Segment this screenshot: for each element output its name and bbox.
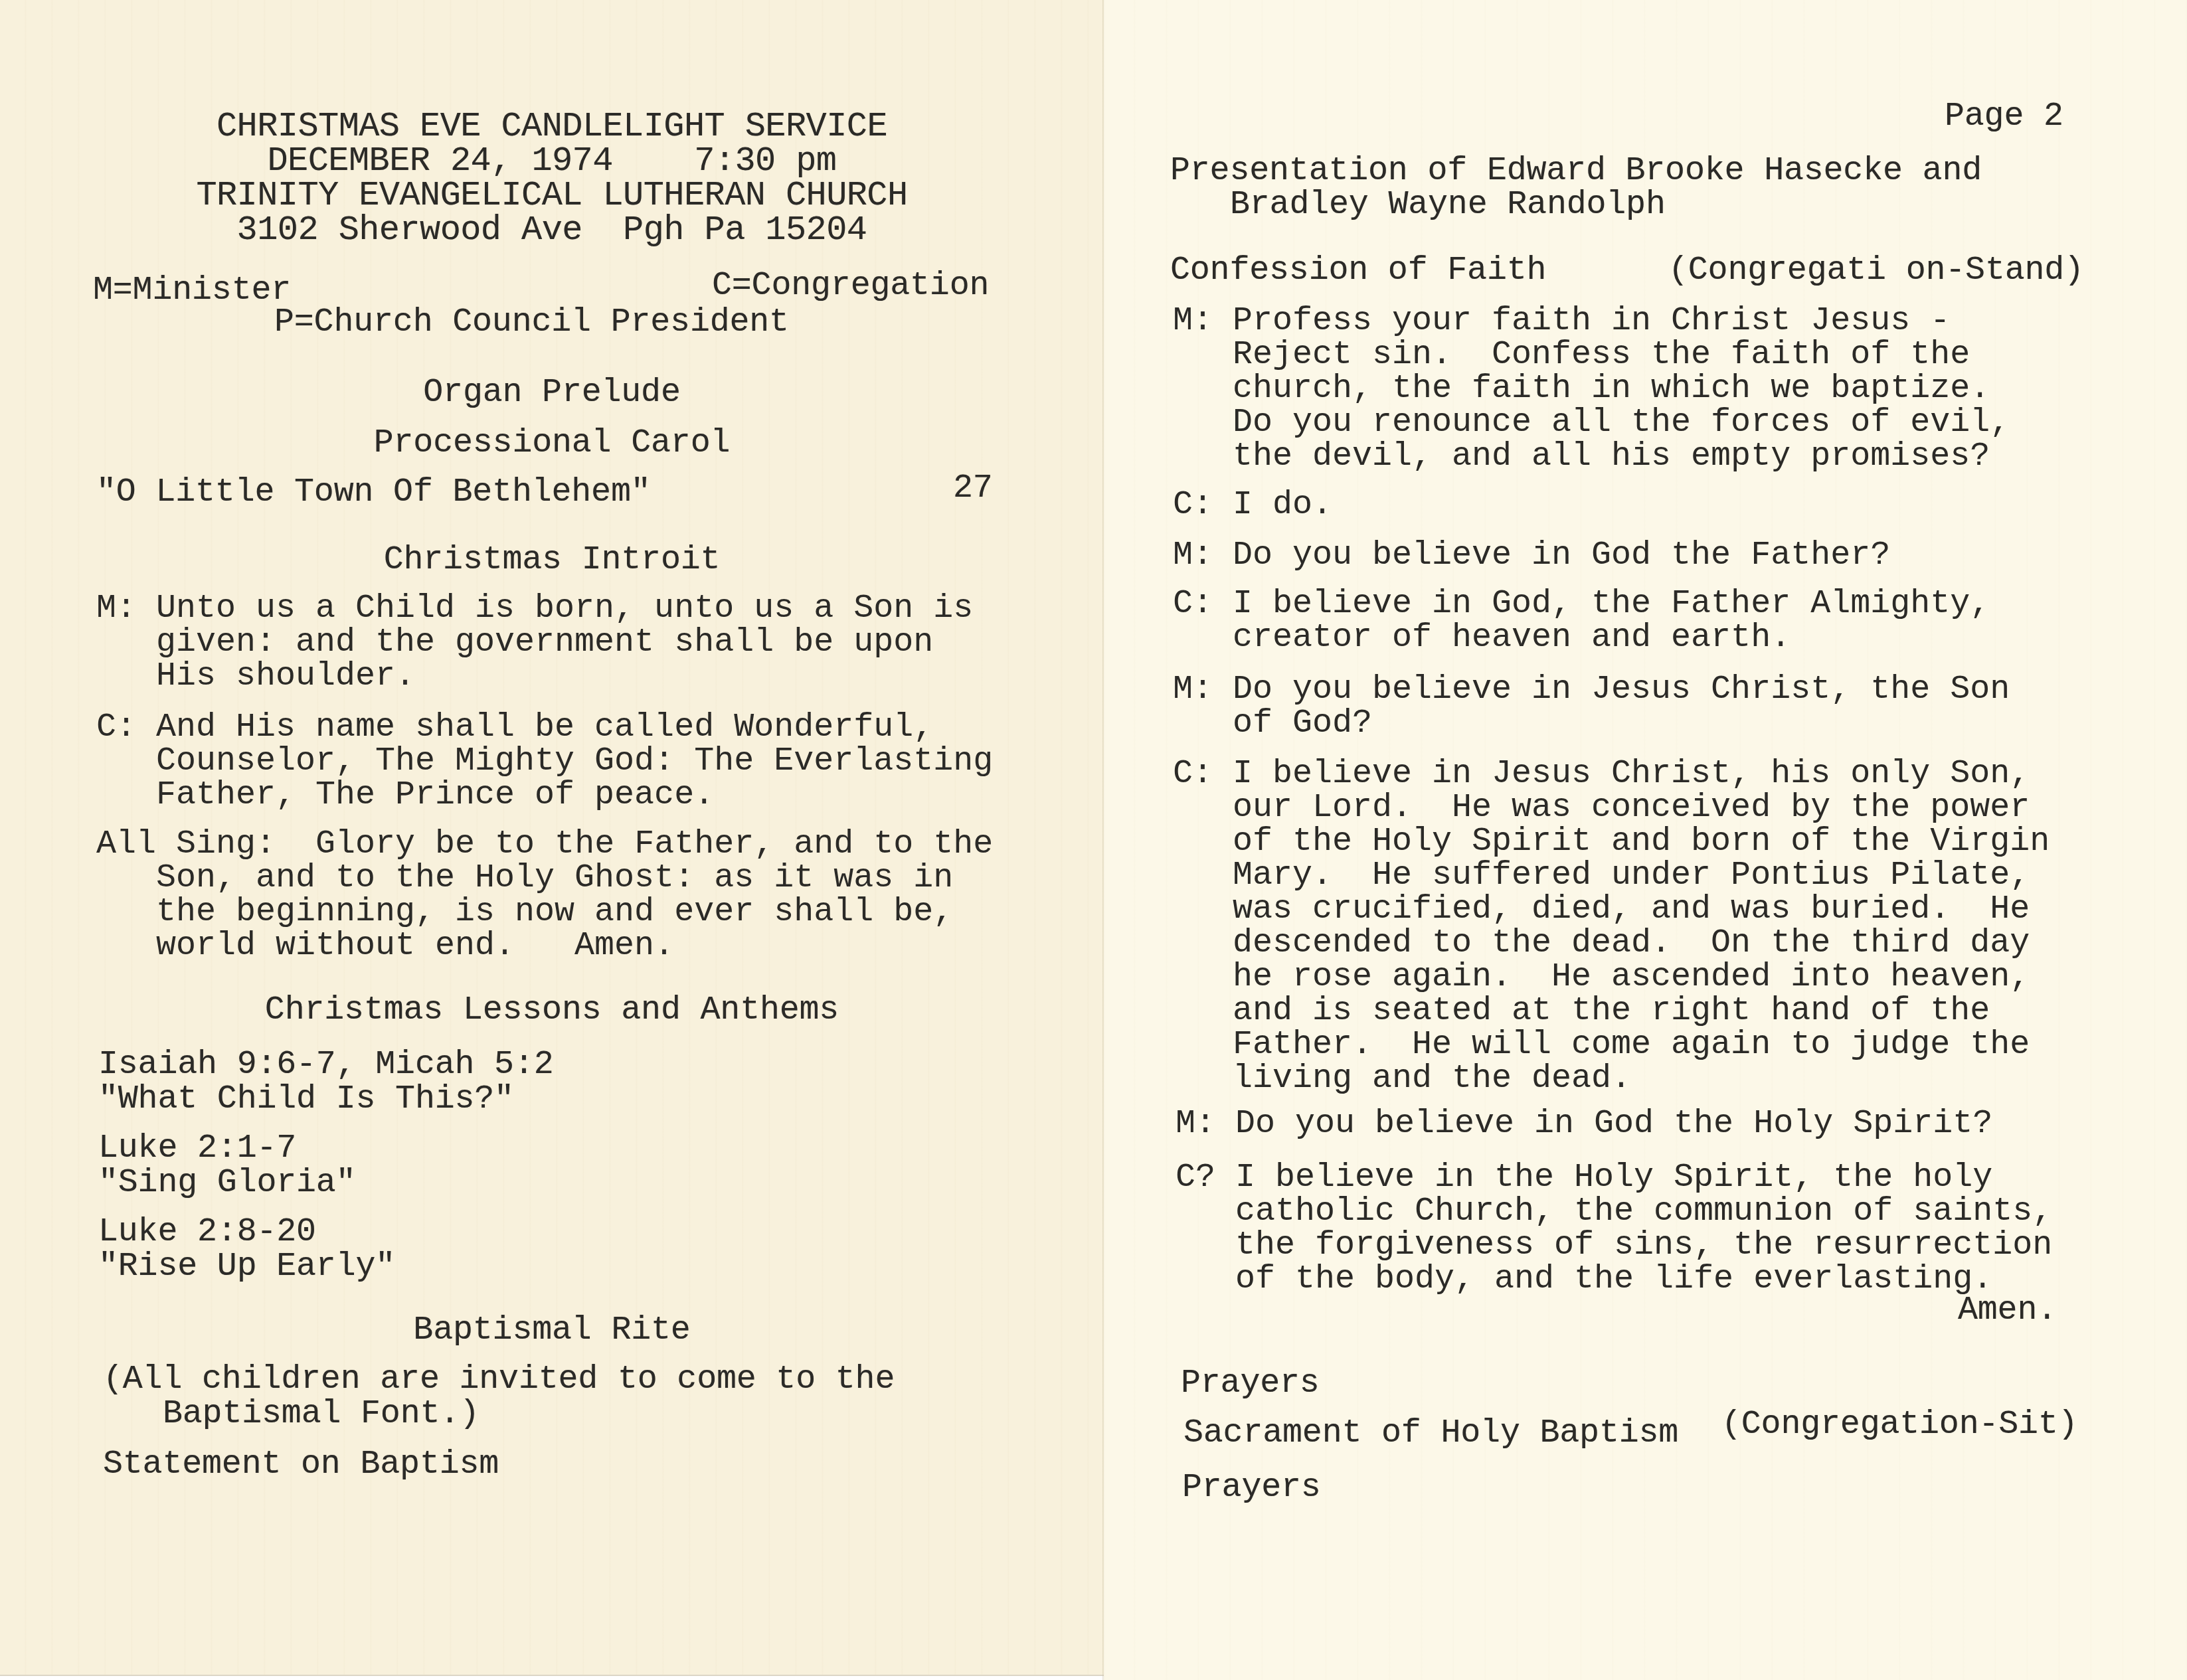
text-line: Reject sin. Confess the faith of the bbox=[1173, 338, 2010, 372]
text-line: Do you believe in Jesus Christ, the Son bbox=[1233, 671, 2010, 709]
text-line: Glory be to the Father, and to the bbox=[315, 825, 993, 863]
text-line: of the Holy Spirit and born of the Virgi… bbox=[1173, 825, 2050, 859]
dialogue-congregation-son: C:I believe in Jesus Christ, his only So… bbox=[1173, 757, 2050, 1096]
text-line: And His name shall be called Wonderful, bbox=[156, 709, 933, 746]
processional-hymn-number: 27 bbox=[953, 471, 993, 506]
speaker-label: C: bbox=[1173, 488, 1233, 522]
introit-all-sing-part: All Sing: Glory be to the Father, and to… bbox=[96, 827, 993, 963]
text-line: the forgiveness of sins, the resurrectio… bbox=[1176, 1228, 2052, 1262]
text-line: our Lord. He was conceived by the power bbox=[1173, 791, 2050, 825]
processional-hymn-title: "O Little Town Of Bethlehem" bbox=[96, 475, 651, 510]
text-line: he rose again. He ascended into heaven, bbox=[1173, 960, 2050, 994]
text-line: Profess your faith in Christ Jesus - bbox=[1233, 302, 1950, 340]
text-line: I believe in God, the Father Almighty, bbox=[1233, 585, 1990, 623]
text-line: the devil, and all his empty promises? bbox=[1173, 440, 2010, 473]
text-line: Do you believe in God the Holy Spirit? bbox=[1235, 1105, 1992, 1143]
lessons-heading: Christmas Lessons and Anthems bbox=[0, 993, 1104, 1028]
text-line: Father. He will come again to judge the bbox=[1173, 1028, 2050, 1062]
prayers-2: Prayers bbox=[1182, 1471, 1321, 1505]
dialogue-minister-renounce: M:Profess your faith in Christ Jesus - R… bbox=[1173, 304, 2010, 473]
legend-minister: M=Minister bbox=[93, 274, 291, 308]
introit-congregation-part: C:And His name shall be called Wonderful… bbox=[96, 711, 993, 812]
text-line: world without end. Amen. bbox=[96, 929, 993, 963]
sacrament-holy-baptism: Sacrament of Holy Baptism bbox=[1183, 1416, 1678, 1451]
text-line: Father, The Prince of peace. bbox=[96, 778, 993, 812]
speaker-label: C: bbox=[1173, 587, 1233, 621]
lesson-anthem-1: "What Child Is This?" bbox=[98, 1082, 514, 1117]
statement-on-baptism: Statement on Baptism bbox=[103, 1448, 499, 1482]
dialogue-minister-spirit: M:Do you believe in God the Holy Spirit? bbox=[1176, 1107, 1992, 1141]
introit-heading: Christmas Introit bbox=[0, 543, 1104, 578]
lesson-anthem-3: "Rise Up Early" bbox=[98, 1250, 395, 1284]
text-line: I believe in Jesus Christ, his only Son, bbox=[1233, 755, 2030, 793]
text-line: given: and the government shall be upon bbox=[96, 626, 973, 659]
presentation-line-2: Bradley Wayne Randolph bbox=[1230, 188, 1666, 222]
creed-amen: Amen. bbox=[1958, 1294, 2057, 1328]
sacrament-instruction: (Congregation-Sit) bbox=[1721, 1408, 2078, 1442]
lesson-reading-1: Isaiah 9:6-7, Micah 5:2 bbox=[98, 1048, 554, 1082]
text-line: Do you renounce all the forces of evil, bbox=[1173, 406, 2010, 440]
speaker-label: C? bbox=[1176, 1161, 1235, 1195]
organ-prelude: Organ Prelude bbox=[0, 376, 1104, 410]
lesson-anthem-2: "Sing Gloria" bbox=[98, 1166, 355, 1201]
presentation-line-1: Presentation of Edward Brooke Hasecke an… bbox=[1170, 154, 1982, 189]
speaker-label: M: bbox=[1173, 673, 1233, 707]
lesson-reading-2: Luke 2:1-7 bbox=[98, 1132, 296, 1166]
page-number: Page 2 bbox=[1945, 100, 2063, 134]
speaker-label: C: bbox=[96, 711, 156, 744]
text-line: was crucified, died, and was buried. He bbox=[1173, 892, 2050, 926]
dialogue-congregation-i-do: C:I do. bbox=[1173, 488, 1332, 522]
text-line: creator of heaven and earth. bbox=[1173, 621, 1990, 655]
text-line: descended to the dead. On the third day bbox=[1173, 926, 2050, 960]
text-line: Son, and to the Holy Ghost: as it was in bbox=[96, 861, 993, 895]
church-address: 3102 Sherwood Ave Pgh Pa 15204 bbox=[0, 213, 1104, 248]
speaker-label: All Sing: bbox=[96, 825, 276, 863]
text-line: the beginning, is now and ever shall be, bbox=[96, 895, 993, 929]
text-line: church, the faith in which we baptize. bbox=[1173, 372, 2010, 406]
speaker-label: M: bbox=[1176, 1107, 1235, 1141]
text-line: and is seated at the right hand of the bbox=[1173, 994, 2050, 1028]
confession-heading: Confession of Faith bbox=[1170, 254, 1546, 288]
introit-minister-part: M:Unto us a Child is born, unto us a Son… bbox=[96, 592, 973, 693]
text-line: Unto us a Child is born, unto us a Son i… bbox=[156, 590, 973, 628]
legend-president: P=Church Council President bbox=[274, 305, 789, 340]
text-line: catholic Church, the communion of saints… bbox=[1176, 1195, 2052, 1228]
speaker-label: M: bbox=[96, 592, 156, 626]
processional-heading: Processional Carol bbox=[0, 426, 1104, 461]
dialogue-minister-son: M:Do you believe in Jesus Christ, the So… bbox=[1173, 673, 2010, 740]
confession-instruction: (Congregati on-Stand) bbox=[1668, 254, 2084, 288]
text-line: I do. bbox=[1233, 486, 1332, 524]
text-line: Counselor, The Mighty God: The Everlasti… bbox=[96, 744, 993, 778]
legend-congregation: C=Congregation bbox=[712, 269, 989, 303]
speaker-label: M: bbox=[1173, 304, 1233, 338]
text-line: His shoulder. bbox=[96, 659, 973, 693]
text-line: Do you believe in God the Father? bbox=[1233, 537, 1890, 574]
dialogue-congregation-father: C:I believe in God, the Father Almighty,… bbox=[1173, 587, 1990, 655]
text-line: of the body, and the life everlasting. bbox=[1176, 1262, 2052, 1296]
dialogue-minister-father: M:Do you believe in God the Father? bbox=[1173, 539, 1890, 572]
lesson-reading-3: Luke 2:8-20 bbox=[98, 1215, 316, 1250]
page-fold bbox=[1102, 0, 1104, 1680]
baptismal-note-line-2: Baptismal Font.) bbox=[163, 1397, 480, 1432]
text-line: Mary. He suffered under Pontius Pilate, bbox=[1173, 859, 2050, 892]
speaker-label: M: bbox=[1173, 539, 1233, 572]
text-line: living and the dead. bbox=[1173, 1062, 2050, 1096]
text-line: of God? bbox=[1173, 707, 2010, 740]
dialogue-congregation-spirit: C?I believe in the Holy Spirit, the holy… bbox=[1176, 1161, 2052, 1296]
service-title: CHRISTMAS EVE CANDLELIGHT SERVICE bbox=[0, 110, 1104, 144]
church-name: TRINITY EVANGELICAL LUTHERAN CHURCH bbox=[0, 179, 1104, 213]
service-date-time: DECEMBER 24, 1974 7:30 pm bbox=[0, 144, 1104, 179]
prayers-1: Prayers bbox=[1181, 1367, 1320, 1401]
baptismal-rite-heading: Baptismal Rite bbox=[0, 1313, 1104, 1348]
speaker-label: C: bbox=[1173, 757, 1233, 791]
text-line: I believe in the Holy Spirit, the holy bbox=[1235, 1159, 1992, 1197]
baptismal-note-line-1: (All children are invited to come to the bbox=[103, 1363, 895, 1397]
